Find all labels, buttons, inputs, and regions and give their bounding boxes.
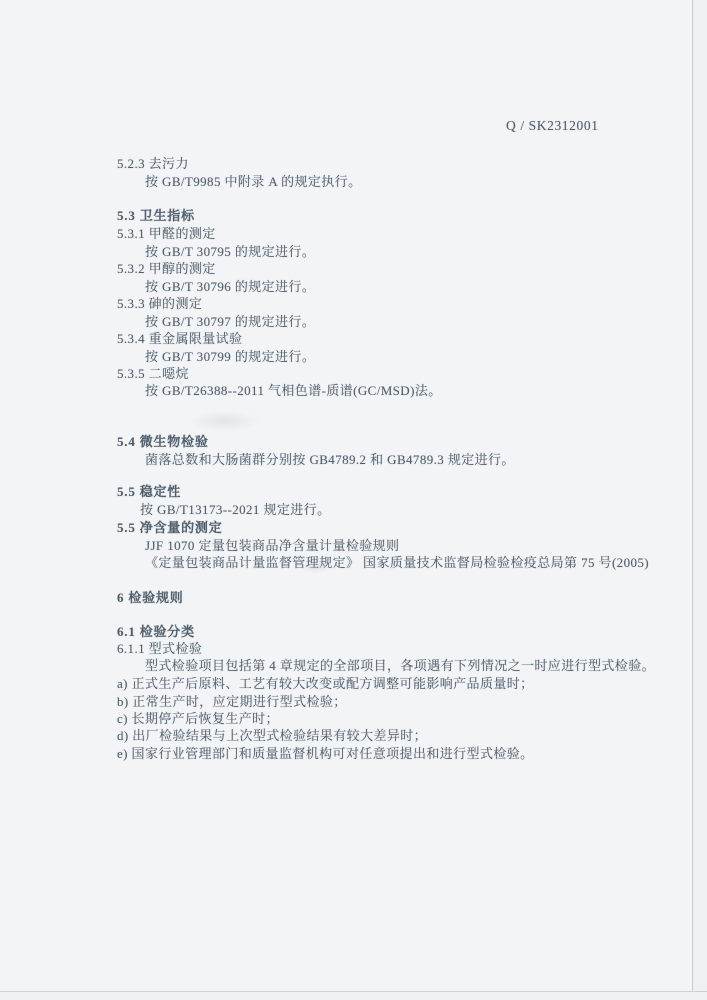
scanned-document-page: Q / SK2312001 5.2.3 去污力 按 GB/T9985 中附录 A… [0, 0, 707, 1000]
section-5-3-2-heading: 5.3.2 甲醇的测定 [117, 261, 216, 277]
section-5-4-body: 菌落总数和大肠菌群分别按 GB4789.2 和 GB4789.3 规定进行。 [145, 452, 515, 468]
section-6-1-1-body: 型式检验项目包括第 4 章规定的全部项目，各项遇有下列情况之一时应进行型式检验。 [145, 658, 655, 674]
section-5-3-3-heading: 5.3.3 砷的测定 [117, 296, 202, 312]
section-5-5-stability-body: 按 GB/T13173--2021 规定进行。 [140, 502, 330, 518]
scan-smudge [190, 410, 260, 432]
section-5-3-4-heading: 5.3.4 重金属限量试验 [117, 331, 242, 347]
scan-smudge [300, 560, 330, 574]
section-5-5-netcontent-heading: 5.5 净含量的测定 [117, 520, 223, 536]
section-5-5-netcontent-ref-1: JJF 1070 定量包装商品净含量计量检验规则 [145, 538, 399, 554]
section-5-3-5-body: 按 GB/T26388--2011 气相色谱-质谱(GC/MSD)法。 [145, 383, 442, 399]
section-6-heading: 6 检验规则 [117, 590, 184, 606]
section-5-4-heading: 5.4 微生物检验 [117, 434, 209, 450]
list-item-e: e) 国家行业管理部门和质量监督机构可对任意项提出和进行型式检验。 [117, 746, 534, 762]
section-6-1-1-heading: 6.1.1 型式检验 [117, 641, 202, 657]
section-5-3-2-body: 按 GB/T 30796 的规定进行。 [145, 279, 315, 295]
scan-edge-right-margin [693, 0, 707, 1000]
list-item-b: b) 正常生产时，应定期进行型式检验； [117, 694, 347, 710]
scan-edge-bottom-margin [0, 992, 707, 1000]
section-5-5-netcontent-ref-2: 《定量包装商品计量监督管理规定》 国家质量技术监督局检验检疫总局第 75 号(2… [145, 555, 649, 571]
list-item-c: c) 长期停产后恢复生产时； [117, 711, 279, 727]
section-5-2-3-heading: 5.2.3 去污力 [117, 156, 189, 172]
section-6-1-heading: 6.1 检验分类 [117, 624, 195, 640]
section-5-3-4-body: 按 GB/T 30799 的规定进行。 [145, 349, 315, 365]
section-5-3-heading: 5.3 卫生指标 [117, 208, 195, 224]
scan-edge-bottom-line [0, 991, 707, 992]
section-5-3-1-body: 按 GB/T 30795 的规定进行。 [145, 244, 315, 260]
list-item-a: a) 正式生产后原料、工艺有较大改变或配方调整可能影响产品质量时； [117, 676, 534, 692]
section-5-5-stability-heading: 5.5 稳定性 [117, 484, 181, 500]
section-5-3-1-heading: 5.3.1 甲醛的测定 [117, 226, 216, 242]
section-5-3-5-heading: 5.3.5 二噁烷 [117, 366, 189, 382]
scan-edge-right-line [692, 0, 693, 1000]
section-5-2-3-body: 按 GB/T9985 中附录 A 的规定执行。 [145, 174, 361, 190]
section-5-3-3-body: 按 GB/T 30797 的规定进行。 [145, 314, 315, 330]
list-item-d: d) 出厂检验结果与上次型式检验结果有较大差异时； [117, 728, 427, 744]
document-code: Q / SK2312001 [506, 118, 599, 134]
